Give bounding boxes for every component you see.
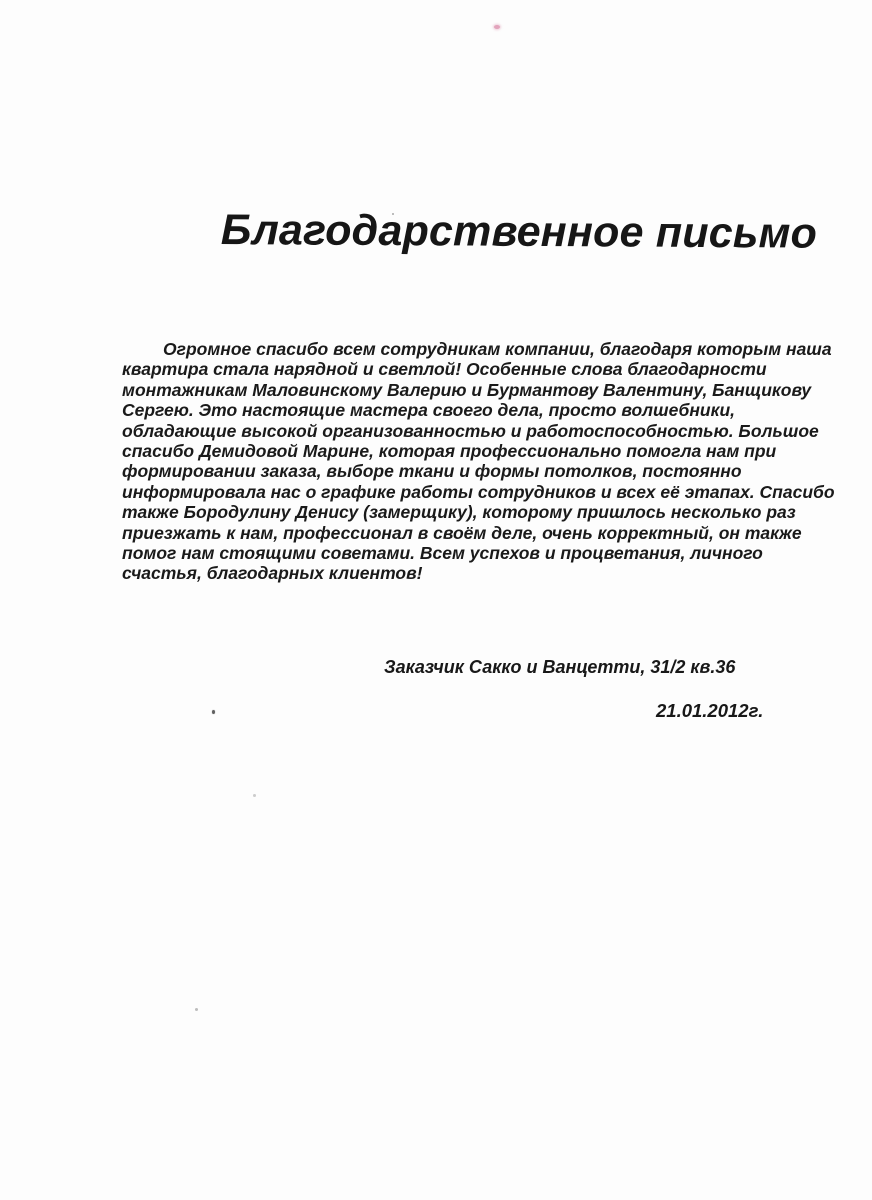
scan-artifact-speck — [253, 794, 256, 797]
letter-date: 21.01.2012г. — [656, 700, 763, 722]
scan-artifact-speck — [212, 710, 215, 714]
letter-title: Благодарственное письмо — [221, 209, 817, 256]
scan-artifact-speck — [195, 1008, 198, 1011]
letter-signature: Заказчик Сакко и Ванцетти, 31/2 кв.36 — [384, 657, 735, 678]
letter-body: Огромное спасибо всем сотрудникам компан… — [122, 339, 838, 584]
scanned-letter-page: Благодарственное письмо Огромное спасибо… — [0, 0, 872, 1200]
scan-artifact-pink-dot — [494, 25, 500, 29]
